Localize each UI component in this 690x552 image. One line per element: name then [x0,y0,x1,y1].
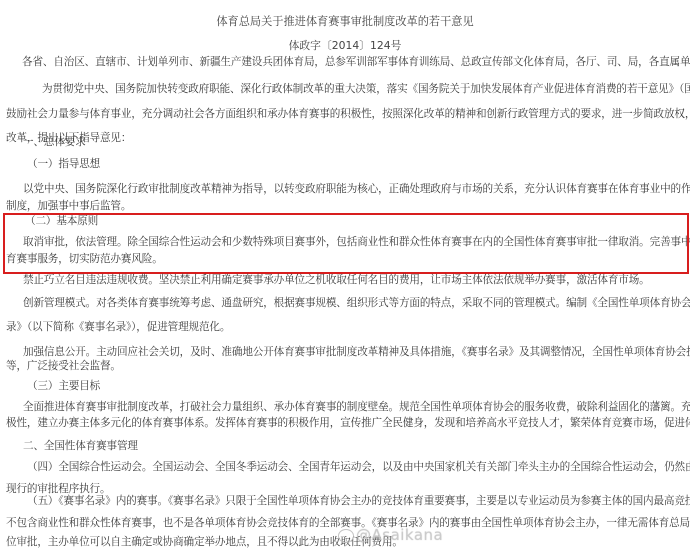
document-number: 体政字〔2014〕124号 [0,38,690,53]
weibo-logo-icon [338,529,354,543]
highlighted-paragraph-line: 育赛事服务，切实防范办赛风险。 [6,253,163,266]
watermark-text: @Asaikana [356,526,443,544]
section-heading-1: 一、总体要求 [23,136,86,149]
paragraph-line: 制度，加强事中事后监管。 [6,200,131,213]
paragraph-line: 极性，建立办赛主体多元化的体育赛事体系。发挥体育赛事的积极作用，宣传推广全民健身… [6,417,690,430]
section-heading-2: 二、全国性体育赛事管理 [23,440,138,453]
paragraph-line: 等，广泛接受社会监督。 [6,360,121,373]
paragraph-line: 全面推进体育赛事审批制度改革，打破社会力量组织、承办体育赛事的制度壁垒。规范全国… [23,401,690,414]
subsection-heading-2: （二）基本原则 [25,215,98,228]
watermark: @Asaikana [338,526,443,544]
paragraph-line: 鼓励社会力量参与体育事业，充分调动社会各方面组织和承办体育赛事的积极性，按照深化… [6,108,690,121]
paragraph-line: 录》（以下简称《赛事名录》），促进管理规范化。 [6,321,230,334]
document-page: 体育总局关于推进体育赛事审批制度改革的若干意见 体政字〔2014〕124号 各省… [0,0,690,552]
paragraph-line: 为贯彻党中央、国务院加快转变政府职能、深化行政体制改革的重大决策，落实《国务院关… [42,83,690,96]
paragraph-line: 创新管理模式。对各类体育赛事统筹考虑、通盘研究，根据赛事规模、组织形式等方面的特… [23,297,690,310]
paragraph-line: 以党中央、国务院深化行政审批制度改革精神为指导，以转变政府职能为核心，正确处理政… [23,183,690,196]
subsection-heading-1: （一）指导思想 [27,158,100,171]
highlighted-paragraph-line: 取消审批，依法管理。除全国综合性运动会和少数特殊项目赛事外，包括商业性和群众性体… [23,236,690,249]
subsection-heading-3: （三）主要目标 [27,380,100,393]
paragraph-line: （五）《赛事名录》内的赛事。《赛事名录》只限于全国性单项体育协会主办的竞技体育重… [27,495,690,508]
paragraph-line: 禁止巧立名目违法违规收费。坚决禁止利用确定赛事承办单位之机收取任何名目的费用，让… [23,274,650,287]
paragraph-line: （四）全国综合性运动会。全国运动会、全国冬季运动会、全国青年运动会，以及由中央国… [27,461,690,474]
paragraph-line: 加强信息公开。主动回应社会关切，及时、准确地公开体育赛事审批制度改革精神及具体措… [23,346,690,359]
document-title: 体育总局关于推进体育赛事审批制度改革的若干意见 [0,13,690,29]
addressees: 各省、自治区、直辖市、计划单列市、新疆生产建设兵团体育局，总参军训部军事体育训练… [22,56,690,69]
